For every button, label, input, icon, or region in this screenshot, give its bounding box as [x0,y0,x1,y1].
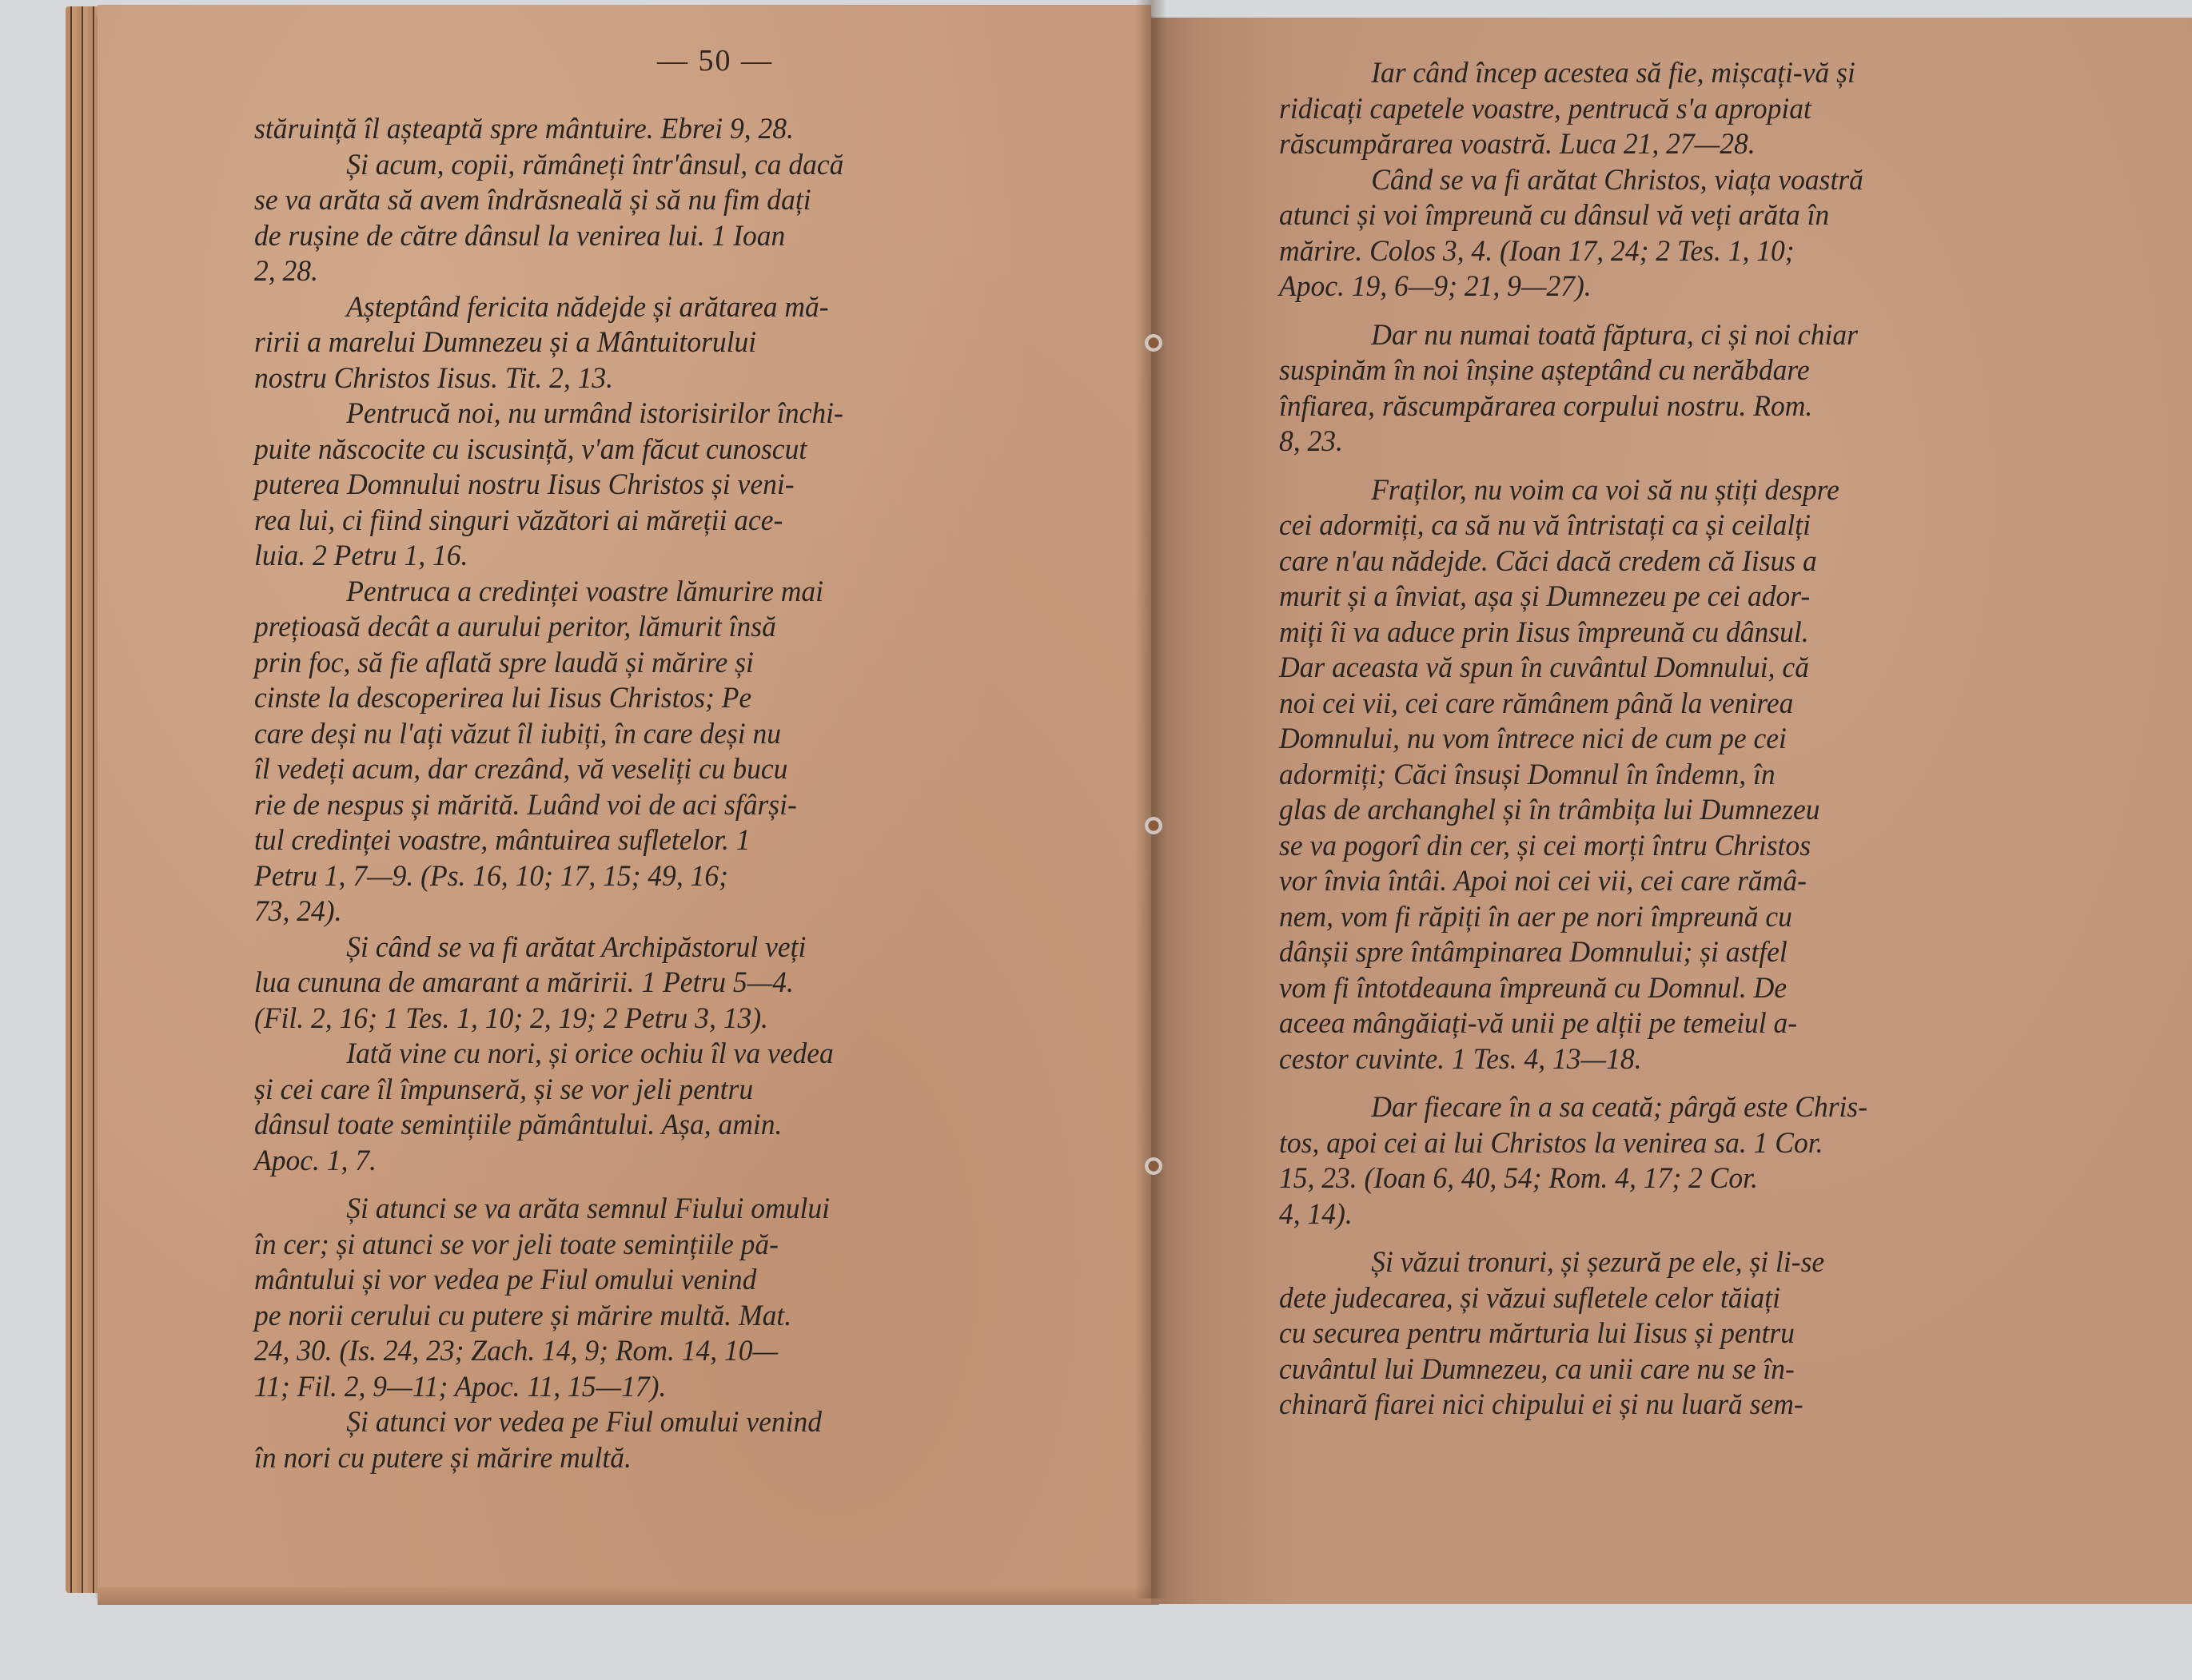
paragraph: Așteptând fericita nădejde și arătarea m… [254,290,1010,397]
text-line: se va pogorî din cer, și cei morți întru… [1279,829,2047,865]
text-line: ridicați capetele voastre, pentrucă s'a … [1279,92,2047,128]
paragraph: Dar nu numai toată făptura, ci și noi ch… [1279,318,2047,460]
text-line: Fraților, nu voim ca voi să nu știți des… [1279,473,2047,509]
text-line: Dar aceasta vă spun în cuvântul Domnului… [1279,651,2047,687]
text-line: tul credinței voastre, mântuirea suflete… [254,823,1010,859]
text-line: adormiți; Căci însuși Domnul în îndemn, … [1279,758,2047,794]
text-line: Și atunci se va arăta semnul Fiului omul… [254,1192,1010,1228]
text-line: Iată vine cu nori, și orice ochiu îl va … [254,1037,1010,1073]
text-line: rea lui, ci fiind singuri văzători ai mă… [254,504,1010,539]
text-line: (Fil. 2, 16; 1 Tes. 1, 10; 2, 19; 2 Petr… [254,1001,1010,1037]
book-gutter [1135,0,1167,1598]
text-line: aceea mângăiați-vă unii pe alții pe teme… [1279,1006,2047,1042]
text-line: îl vedeți acum, dar crezând, vă veseliți… [254,752,1010,788]
text-line: Petru 1, 7—9. (Ps. 16, 10; 17, 15; 49, 1… [254,859,1010,895]
text-line: 73, 24). [254,894,1010,930]
text-line: cinste la descoperirea lui Iisus Christo… [254,681,1010,717]
text-line: Și acum, copii, rămâneți într'ânsul, ca … [254,148,1010,184]
paragraph: Dar fiecare în a sa ceată; pârgă este Ch… [1279,1090,2047,1232]
text-line: se va arăta să avem îndrăsneală și să nu… [254,183,1010,219]
text-line: Dar fiecare în a sa ceată; pârgă este Ch… [1279,1090,2047,1126]
text-line: Apoc. 1, 7. [254,1144,1010,1180]
text-line: ririi a marelui Dumnezeu și a Mântuitoru… [254,325,1010,361]
text-line: Dar nu numai toată făptura, ci și noi ch… [1279,318,2047,354]
text-line: Și atunci vor vedea pe Fiul omului venin… [254,1405,1010,1441]
text-line: Apoc. 19, 6—9; 21, 9—27). [1279,269,2047,305]
text-line: Și văzui tronuri, și șezură pe ele, și l… [1279,1245,2047,1281]
paragraph-gap [1279,1077,2047,1090]
paragraph-gap [1279,305,2047,318]
text-line: lua cununa de amarant a măririi. 1 Petru… [254,965,1010,1001]
text-line: și cei care îl împunseră, și se vor jeli… [254,1073,1010,1109]
text-line: cestor cuvinte. 1 Tes. 4, 13—18. [1279,1042,2047,1078]
text-line: atunci și voi împreună cu dânsul vă veți… [1279,198,2047,234]
text-line: pe norii cerului cu putere și mărire mul… [254,1299,1010,1335]
text-line: mântului și vor vedea pe Fiul omului ven… [254,1263,1010,1299]
paragraph: Și când se va fi arătat Archipăstorul ve… [254,930,1010,1037]
text-line: puite născocite cu iscusință, v'am făcut… [254,432,1010,468]
paragraph: Iată vine cu nori, și orice ochiu îl va … [254,1037,1010,1179]
text-line: dete judecarea, și văzui sufletele celor… [1279,1281,2047,1317]
text-line: Așteptând fericita nădejde și arătarea m… [254,290,1010,326]
text-line: în nori cu putere și mărire multă. [254,1441,1010,1477]
binding-staple-hole [1145,1157,1162,1175]
text-line: luia. 2 Petru 1, 16. [254,539,1010,575]
text-line: dânsul toate semințiile pământului. Așa,… [254,1108,1010,1144]
text-line: glas de archanghel și în trâmbița lui Du… [1279,793,2047,829]
text-line: stăruință îl așteaptă spre mântuire. Ebr… [254,112,1010,148]
page-number: — 50 — [657,43,773,78]
text-line: care n'au nădejde. Căci dacă credem că I… [1279,544,2047,580]
paragraph: Când se va fi arătat Christos, viața voa… [1279,163,2047,305]
text-line: dânșii spre întâmpinarea Domnului; și as… [1279,935,2047,971]
text-line: suspinăm în noi înșine așteptând cu neră… [1279,353,2047,389]
binding-staple-hole [1145,334,1162,352]
text-line: noi cei vii, cei care rămânem până la ve… [1279,687,2047,723]
text-line: răscumpărarea voastră. Luca 21, 27—28. [1279,127,2047,163]
paragraph: Pentruca a credinței voastre lămurire ma… [254,575,1010,930]
text-line: Pentrucă noi, nu urmând istorisirilor în… [254,396,1010,432]
text-line: cu securea pentru mărturia lui Iisus și … [1279,1316,2047,1352]
text-line: 24, 30. (Is. 24, 23; Zach. 14, 9; Rom. 1… [254,1334,1010,1370]
text-line: în cer; și atunci se vor jeli toate semi… [254,1228,1010,1264]
text-line: prețioasă decât a aurului peritor, lămur… [254,610,1010,646]
text-line: 8, 23. [1279,424,2047,460]
paragraph: stăruință îl așteaptă spre mântuire. Ebr… [254,112,1010,148]
text-line: Pentruca a credinței voastre lămurire ma… [254,575,1010,611]
text-line: tos, apoi cei ai lui Christos la venirea… [1279,1126,2047,1162]
paragraph: Fraților, nu voim ca voi să nu știți des… [1279,473,2047,1078]
text-line: puterea Domnului nostru Iisus Christos ș… [254,468,1010,504]
paragraph: Pentrucă noi, nu urmând istorisirilor în… [254,396,1010,575]
text-line: nem, vom fi răpiți în aer pe nori împreu… [1279,900,2047,936]
text-line: cei adormiți, ca să nu vă întristați ca … [1279,508,2047,544]
book-spread: — 50 — stăruință îl așteaptă spre mântui… [0,0,2192,1680]
paragraph-gap [254,1179,1010,1192]
text-line: cuvântul lui Dumnezeu, ca unii care nu s… [1279,1352,2047,1388]
text-line: 4, 14). [1279,1197,2047,1233]
paragraph: Și atunci se va arăta semnul Fiului omul… [254,1192,1010,1405]
binding-staple-hole [1145,817,1162,834]
paragraph: Și atunci vor vedea pe Fiul omului venin… [254,1405,1010,1476]
text-line: Când se va fi arătat Christos, viața voa… [1279,163,2047,199]
text-line: nostru Christos Iisus. Tit. 2, 13. [254,361,1010,397]
paragraph-gap [1279,1232,2047,1245]
text-line: prin foc, să fie aflată spre laudă și mă… [254,646,1010,682]
paragraph-gap [1279,460,2047,473]
text-line: 15, 23. (Ioan 6, 40, 54; Rom. 4, 17; 2 C… [1279,1161,2047,1197]
left-page-text: stăruință îl așteaptă spre mântuire. Ebr… [254,112,1010,1476]
paragraph: Și văzui tronuri, și șezură pe ele, și l… [1279,1245,2047,1423]
text-line: rie de nespus și mărită. Luând voi de ac… [254,788,1010,824]
text-line: vom fi întotdeauna împreună cu Domnul. D… [1279,971,2047,1007]
text-line: Și când se va fi arătat Archipăstorul ve… [254,930,1010,966]
text-line: înfiarea, răscumpărarea corpului nostru.… [1279,389,2047,425]
text-line: Iar când încep acestea să fie, mișcați-v… [1279,56,2047,92]
text-line: vor învia întâi. Apoi noi cei vii, cei c… [1279,864,2047,900]
text-line: mărire. Colos 3, 4. (Ioan 17, 24; 2 Tes.… [1279,234,2047,270]
text-line: care deși nu l'ați văzut îl iubiți, în c… [254,717,1010,753]
paragraph: Iar când încep acestea să fie, mișcați-v… [1279,56,2047,163]
text-line: chinară fiarei nici chipului ei și nu lu… [1279,1387,2047,1423]
text-line: 2, 28. [254,254,1010,290]
text-line: 11; Fil. 2, 9—11; Apoc. 11, 15—17). [254,1370,1010,1406]
text-line: Domnului, nu vom întrece nici de cum pe … [1279,722,2047,758]
text-line: murit și a înviat, așa și Dumnezeu pe ce… [1279,579,2047,615]
paragraph: Și acum, copii, rămâneți într'ânsul, ca … [254,148,1010,290]
text-line: de rușine de către dânsul la venirea lui… [254,219,1010,255]
right-page-text: Iar când încep acestea să fie, mișcați-v… [1279,56,2047,1423]
text-line: miți îi va aduce prin Iisus împreună cu … [1279,615,2047,651]
